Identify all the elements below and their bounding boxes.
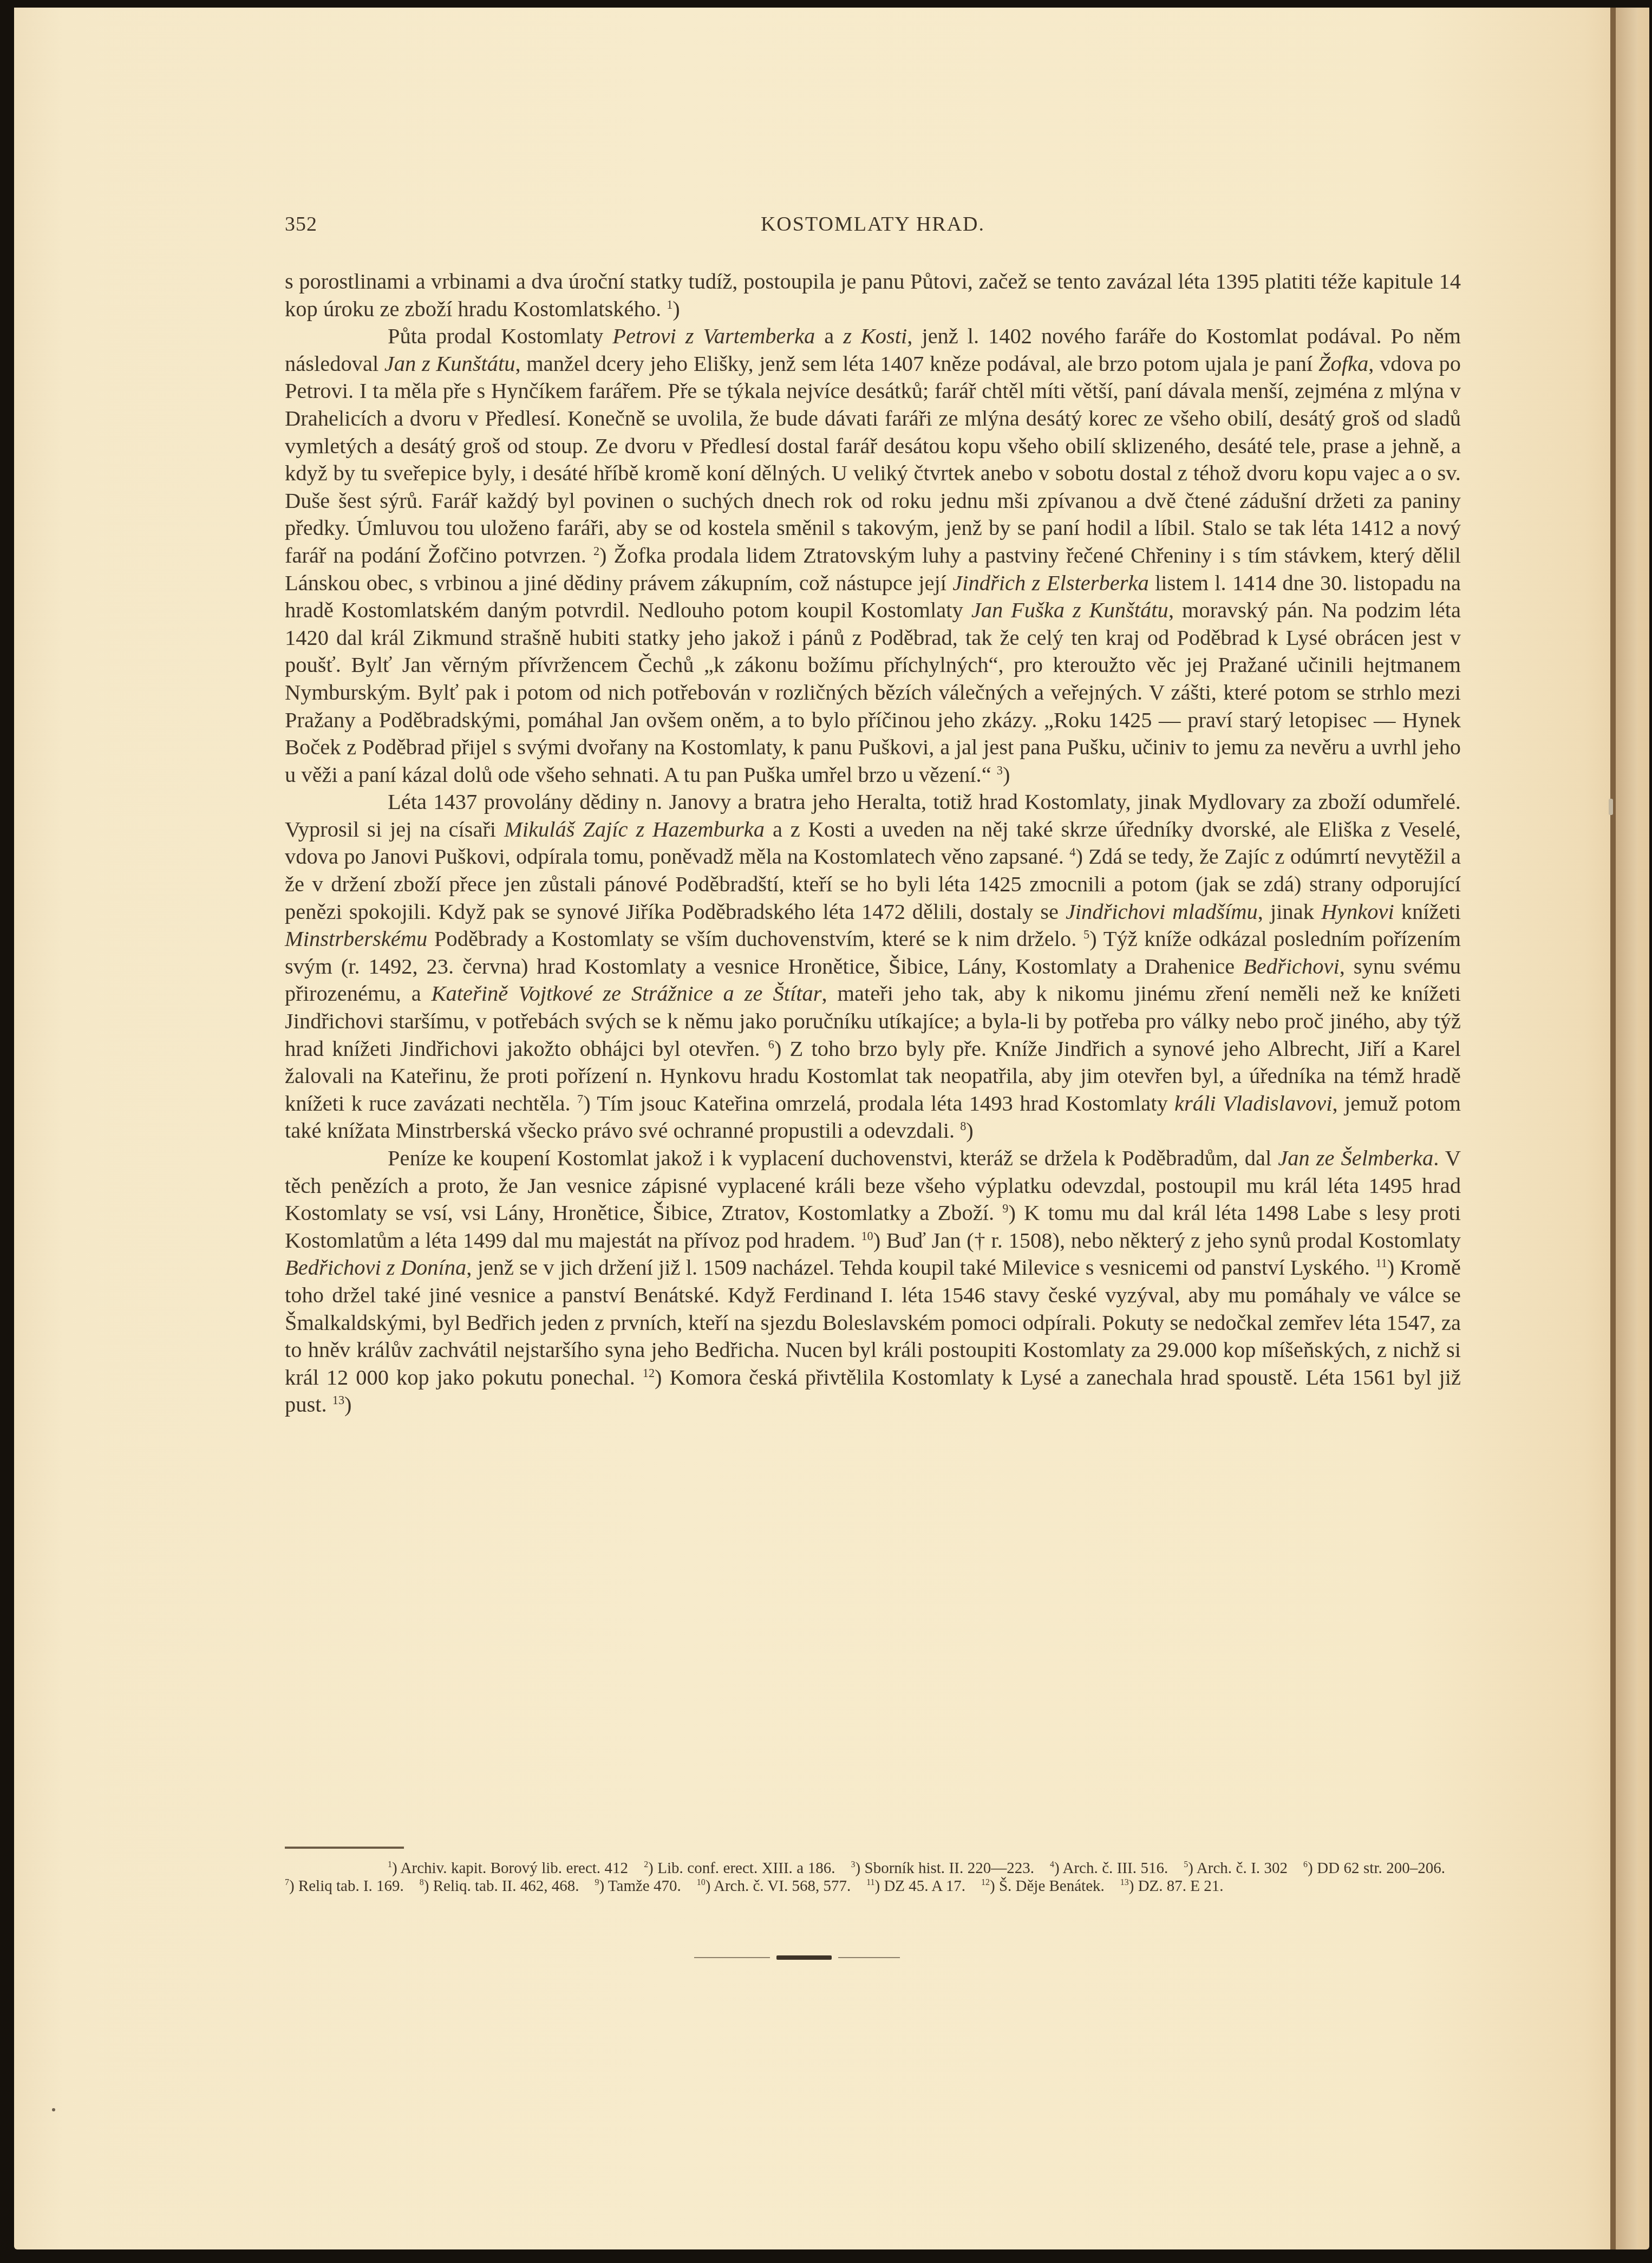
footnote-item: 5) Arch. č. I. 302 [1184,1860,1303,1877]
footnote-ref: 4 [1069,845,1075,859]
italic-name: Bedřichovi [1243,954,1340,979]
footnote-number: 12 [981,1878,990,1887]
footnote-divider [285,1847,404,1849]
footnote-text: ) DZ 45. A 17. [875,1877,982,1895]
footnote-item: 9) Tamže 470. [595,1877,697,1895]
italic-name: z Kosti [843,324,907,348]
text-run: Peníze ke koupení Kostomlat jakož i k vy… [388,1146,1278,1170]
text-run: ) Tím jsouc Kateřina omrzelá, prodala lé… [583,1091,1174,1116]
footnote-item: 10) Arch. č. VI. 568, 577. [697,1877,866,1895]
footnote-number: 4 [1050,1860,1054,1869]
footnote-number: 11 [866,1878,874,1887]
footnote-item: 13) DZ. 87. E 21. [1120,1877,1239,1895]
italic-name: Jindřichovi mladšímu [1066,899,1258,924]
footnote-text: ) Tamže 470. [599,1877,696,1895]
footnote-number: 7 [285,1878,289,1887]
footnote-ref: 12 [643,1366,655,1379]
page-title: KOSTOMLATY HRAD. [285,212,1461,236]
ornament-line-right [838,1957,900,1958]
footnote-ref: 13 [332,1393,344,1407]
italic-name: Petrovi z Vartemberka [612,324,815,348]
footnote-ref: 7 [577,1092,583,1105]
end-ornament [694,1955,900,1960]
footnote-item: 6) DD 62 str. 200–206. [1303,1860,1461,1877]
italic-name: Jan z Kunštátu [384,351,515,376]
running-head: 352 KOSTOMLATY HRAD. [285,212,1461,245]
text-run: ) [672,297,680,321]
footnote-item: 3) Sborník hist. II. 220—223. [851,1860,1049,1877]
footnote-item: 4) Arch. č. III. 516. [1050,1860,1184,1877]
text-run: , manžel dcery jeho Elišky, jenž sem lét… [515,351,1318,376]
text-run: knížeti [1394,899,1461,924]
italic-name: Hynkovi [1321,899,1394,924]
footnote-ref: 10 [861,1229,873,1242]
text-run: ) [1003,762,1010,787]
paragraph: s porostlinami a vrbinami a dva úroční s… [285,268,1461,323]
italic-name: Kateřině Vojtkové ze Strážnice a ze Štít… [432,981,822,1006]
footnote-number: 2 [644,1860,648,1869]
footnote-list: 1) Archiv. kapit. Borový lib. erect. 412… [285,1860,1461,1895]
footnote-ref: 8 [960,1119,966,1133]
footnote-ref: 2 [593,544,599,557]
text-run: ) [344,1392,352,1417]
paragraph: Léta 1437 provolány dědiny n. Janovy a b… [285,788,1461,1145]
footnote-ref: 9 [1002,1202,1008,1215]
italic-name: králi Vladislavovi [1174,1091,1332,1116]
footnote-text: ) Reliq. tab. II. 462, 468. [424,1877,595,1895]
ornament-bar [776,1955,832,1960]
text-run: Poděbrady a Kostomlaty se vším duchovens… [427,927,1083,951]
italic-name: Bedřichovi z Donína [285,1255,466,1280]
footnote-item: 1) Archiv. kapit. Borový lib. erect. 412 [388,1860,644,1877]
italic-name: Jan ze Šelmberka [1278,1146,1433,1170]
footnote-ref: 3 [997,763,1003,777]
footnote-text: ) Arch. č. VI. 568, 577. [706,1877,866,1895]
footnote-text: ) Archiv. kapit. Borový lib. erect. 412 [392,1860,644,1877]
footnote-number: 1 [388,1860,392,1869]
footnote-item: 2) Lib. conf. erect. XIII. a 186. [644,1860,851,1877]
footnote-item: 11) DZ 45. A 17. [866,1877,981,1895]
binding-edge [1610,8,1616,2249]
text-run: , vdova po Petrovi. I ta měla pře s Hynč… [285,351,1461,568]
text-run: a [815,324,843,348]
footnote-item: 7) Reliq tab. I. 169. [285,1877,420,1895]
footnote-text: ) DZ. 87. E 21. [1129,1877,1239,1895]
footnote-number: 10 [697,1878,706,1887]
ornament-line-left [694,1957,770,1958]
footnote-number: 8 [420,1878,424,1887]
body-text: s porostlinami a vrbinami a dva úroční s… [285,268,1461,1419]
text-run: , jinak [1258,899,1321,924]
footnotes: 1) Archiv. kapit. Borový lib. erect. 412… [285,1860,1461,1895]
footnote-text: ) Lib. conf. erect. XIII. a 186. [648,1860,851,1877]
italic-name: Jindřich z Elsterberka [952,571,1148,595]
italic-name: Mikuláš Zajíc z Hazemburka [504,817,765,842]
footnote-text: ) Arch. č. I. 302 [1188,1860,1303,1877]
italic-name: Jan Fuška z Kunštátu [971,598,1168,622]
footnote-text: ) Reliq tab. I. 169. [289,1877,420,1895]
footnote-text: ) Arch. č. III. 516. [1054,1860,1184,1877]
text-run: ) Buď Jan († r. 1508), nebo některý z je… [873,1228,1461,1253]
text-run: s porostlinami a vrbinami a dva úroční s… [285,269,1461,321]
footnote-text: ) Š. Děje Benátek. [990,1877,1120,1895]
italic-name: Minstrberskému [285,927,427,951]
footnote-number: 13 [1120,1878,1129,1887]
footnote-item: 12) Š. Děje Benátek. [981,1877,1120,1895]
footnote-number: 6 [1303,1860,1308,1869]
footnote-item: 8) Reliq. tab. II. 462, 468. [420,1877,595,1895]
text-run: , jenž se v jich držení již l. 1509 nach… [466,1255,1375,1280]
text-run: ) [966,1118,974,1143]
binding-shadow [1616,8,1637,2249]
paper-speck [52,2108,55,2111]
margin-mark [1609,799,1613,815]
text-run: Půta prodal Kostomlaty [388,324,612,348]
footnote-text: ) DD 62 str. 200–206. [1308,1860,1461,1877]
footnote-ref: 5 [1083,928,1089,941]
footnote-ref: 1 [667,297,672,311]
paragraph: Peníze ke koupení Kostomlat jakož i k vy… [285,1145,1461,1419]
text-run: , moravský pán. Na podzim léta 1420 dal … [285,598,1461,787]
paragraph: Půta prodal Kostomlaty Petrovi z Vartemb… [285,323,1461,788]
footnote-text: ) Sborník hist. II. 220—223. [855,1860,1049,1877]
footnote-ref: 11 [1375,1256,1387,1270]
footnote-ref: 6 [768,1037,774,1051]
italic-name: Žofka [1318,351,1368,376]
